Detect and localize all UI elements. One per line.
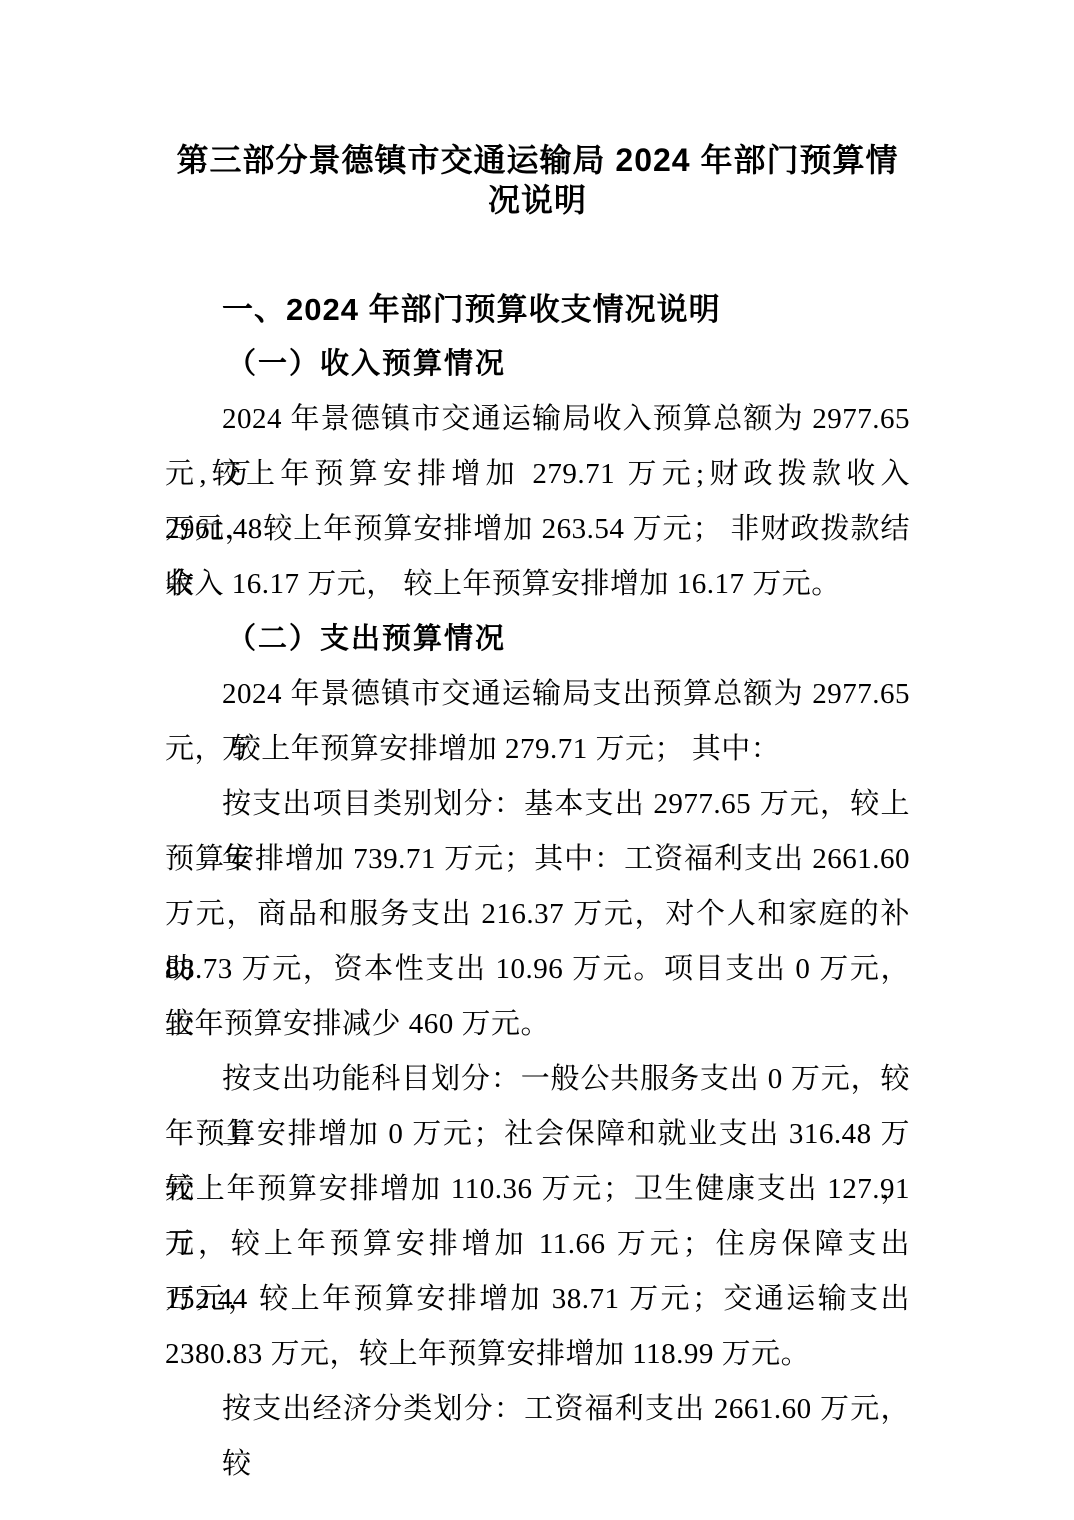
text-line: 收入 16.17 万元， 较上年预算安排增加 16.17 万元。: [165, 557, 910, 612]
text-line: 万元，商品和服务支出 216.37 万元，对个人和家庭的补助: [165, 887, 910, 942]
text-line: 88.73 万元，资本性支出 10.96 万元。项目支出 0 万元，较: [165, 942, 910, 997]
text-line: 万元，较上年预算安排增加 38.71 万元；交通运输支出: [165, 1272, 910, 1327]
document-content: 第三部分景德镇市交通运输局 2024 年部门预算情况说明 一、2024 年部门预…: [0, 140, 1074, 1437]
text-line: 元，较上年预算安排增加 11.66 万元；住房保障支出 152.44: [165, 1217, 910, 1272]
expenditure-subheading: （二）支出预算情况: [165, 612, 910, 667]
document-page: 第三部分景德镇市交通运输局 2024 年部门预算情况说明 一、2024 年部门预…: [0, 0, 1074, 1520]
text-line: 元,较上年预算安排增加 279.71 万元;财政拨款收入 2961.48: [165, 447, 910, 502]
text-line: 较上年预算安排增加 110.36 万元；卫生健康支出 127.91 万: [165, 1162, 910, 1217]
expenditure-total-paragraph: 2024 年景德镇市交通运输局支出预算总额为 2977.65 万 元， 较上年预…: [165, 667, 910, 777]
income-subheading: （一）收入预算情况: [165, 337, 910, 392]
document-title: 第三部分景德镇市交通运输局 2024 年部门预算情况说明: [165, 140, 910, 220]
text-line: 上年预算安排减少 460 万元。: [165, 997, 910, 1052]
expenditure-by-function-paragraph: 按支出功能科目划分：一般公共服务支出 0 万元，较上 年预算安排增加 0 万元；…: [165, 1052, 910, 1382]
text-line: 按支出经济分类划分：工资福利支出 2661.60 万元，较: [165, 1382, 910, 1437]
text-line: 元， 较上年预算安排增加 279.71 万元； 其中：: [165, 722, 910, 777]
text-line: 万元， 较上年预算安排增加 263.54 万元； 非财政拨款结余: [165, 502, 910, 557]
text-line: 2024 年景德镇市交通运输局支出预算总额为 2977.65 万: [165, 667, 910, 722]
text-line: 年预算安排增加 0 万元；社会保障和就业支出 316.48 万元，: [165, 1107, 910, 1162]
text-line: 按支出功能科目划分：一般公共服务支出 0 万元，较上: [165, 1052, 910, 1107]
expenditure-by-project-paragraph: 按支出项目类别划分：基本支出 2977.65 万元，较上年 预算安排增加 739…: [165, 777, 910, 1052]
section-1-heading: 一、2024 年部门预算收支情况说明: [165, 282, 910, 337]
text-line: 2380.83 万元，较上年预算安排增加 118.99 万元。: [165, 1327, 910, 1382]
text-line: 按支出项目类别划分：基本支出 2977.65 万元，较上年: [165, 777, 910, 832]
text-line: 预算安排增加 739.71 万元；其中：工资福利支出 2661.60: [165, 832, 910, 887]
text-line: 2024 年景德镇市交通运输局收入预算总额为 2977.65 万: [165, 392, 910, 447]
expenditure-by-economic-paragraph: 按支出经济分类划分：工资福利支出 2661.60 万元，较: [165, 1382, 910, 1437]
income-paragraph: 2024 年景德镇市交通运输局收入预算总额为 2977.65 万 元,较上年预算…: [165, 392, 910, 612]
